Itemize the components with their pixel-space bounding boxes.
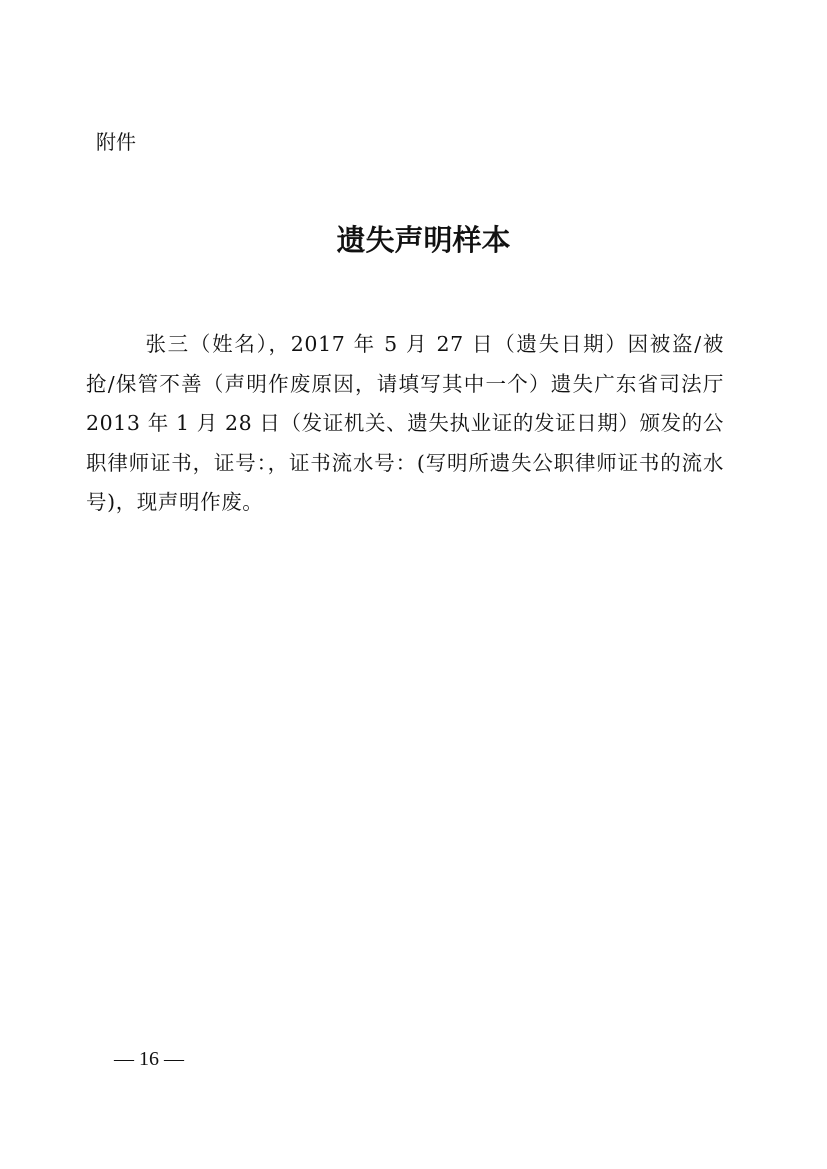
attachment-label: 附件: [96, 128, 136, 156]
page-number: — 16 —: [114, 1046, 184, 1072]
document-title: 遗失声明样本: [0, 222, 827, 258]
declaration-paragraph: 张三（姓名），2017 年 5 月 27 日（遗失日期）因被盗/被抢/保管不善（…: [86, 325, 724, 523]
